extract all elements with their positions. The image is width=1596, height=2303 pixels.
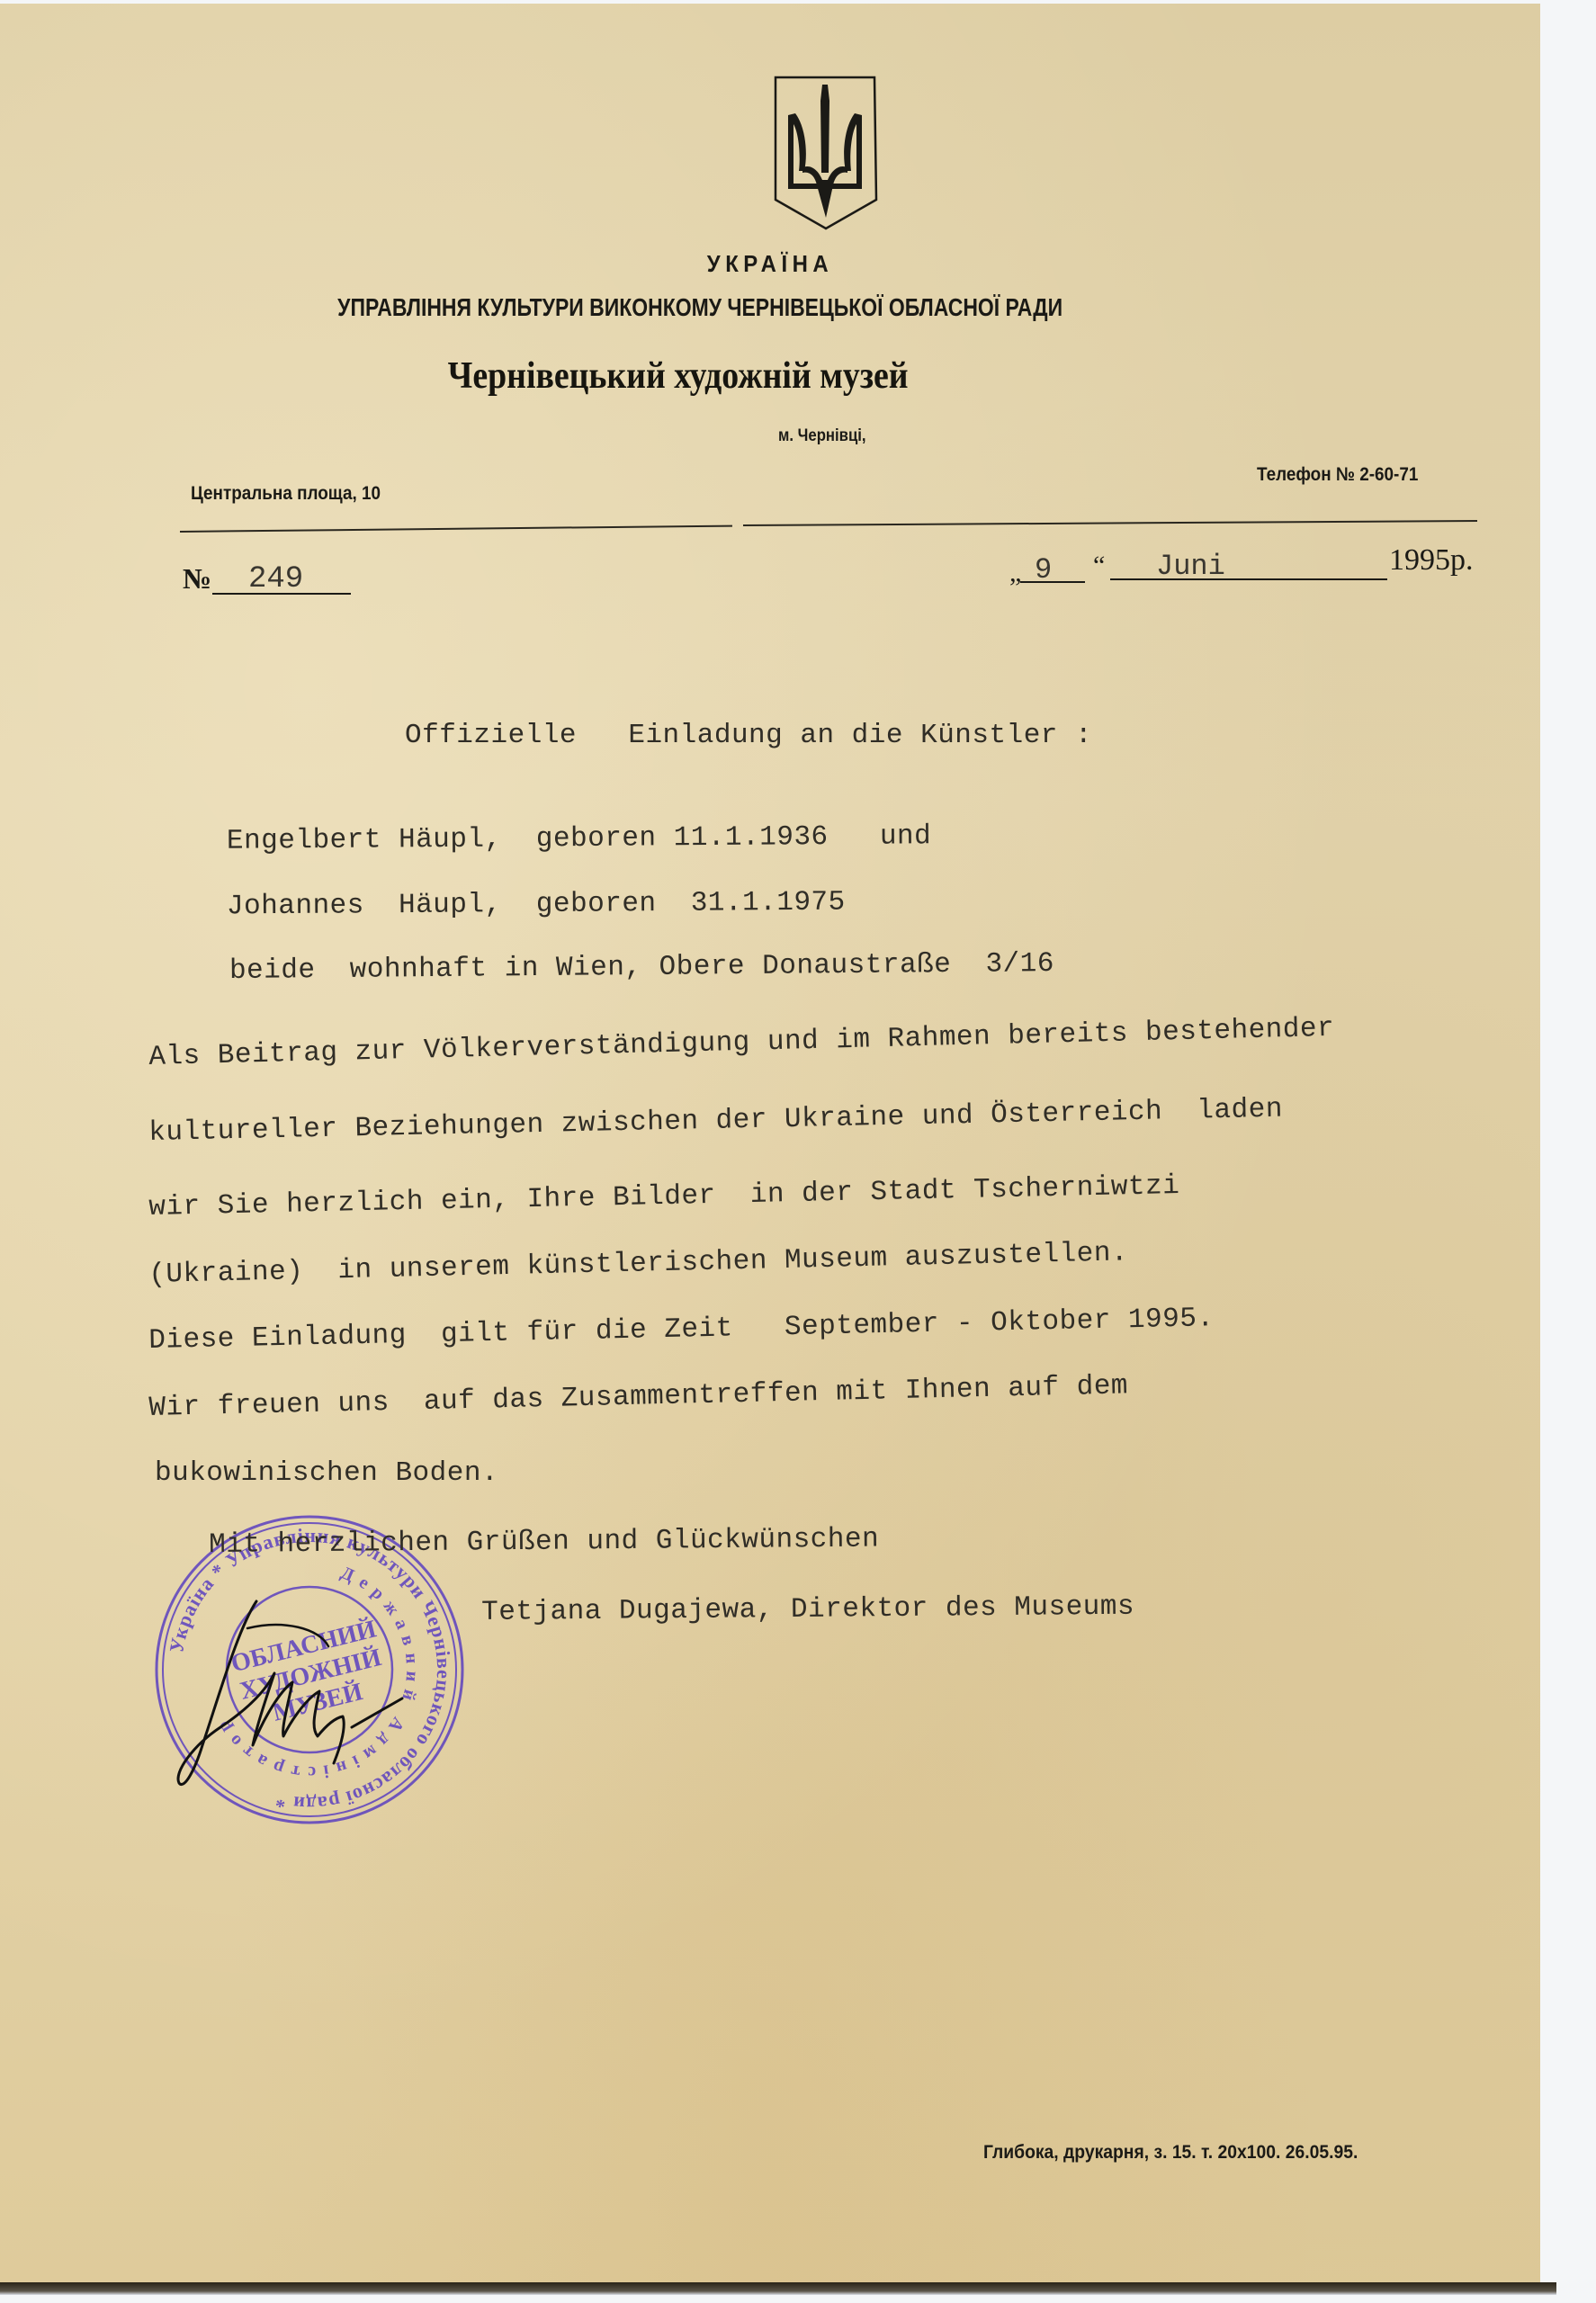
department-heading: УПРАВЛІННЯ КУЛЬТУРИ ВИКОНКОМУ ЧЕРНІВЕЦЬК… [68,293,1331,322]
paper-shadow [0,2282,1556,2295]
body-line: bukowinischen Boden. [155,1457,498,1489]
printer-imprint: Глибока, друкарня, з. 15. т. 20х100. 26.… [983,2142,1358,2164]
recipient-line: Johannes Häupl, geboren 31.1.1975 [227,887,846,923]
reference-number: 249 [248,562,303,596]
date-year: 1995р. [1389,543,1474,578]
closing-greeting: Mit herzlichen Grüßen und Glückwünschen [209,1523,879,1561]
phone-label: Телефон № 2-60-71 [1257,464,1418,486]
recipient-line: Engelbert Häupl, geboren 11.1.1936 und [227,820,931,856]
city-label: м. Чернівці, [778,426,866,446]
date-close-quote: “ [1093,551,1105,581]
handwritten-signature-icon [166,1592,409,1799]
institution-title: Чернівецький художній музей [0,354,1371,398]
trident-emblem-icon [772,74,878,232]
address-label: Центральна площа, 10 [191,483,381,505]
signer-name: Tetjana Dugajewa, Direktor des Museums [481,1591,1134,1628]
country-heading: УКРАЇНА [61,250,1478,278]
date-day-underline [1020,581,1085,583]
reference-number-underline [212,593,351,595]
reference-number-label: № [183,562,211,596]
date-open-quote: „ [1009,558,1021,588]
letter-title: Offizielle Einladung an die Künstler : [405,720,1092,751]
date-month-underline [1110,578,1387,580]
